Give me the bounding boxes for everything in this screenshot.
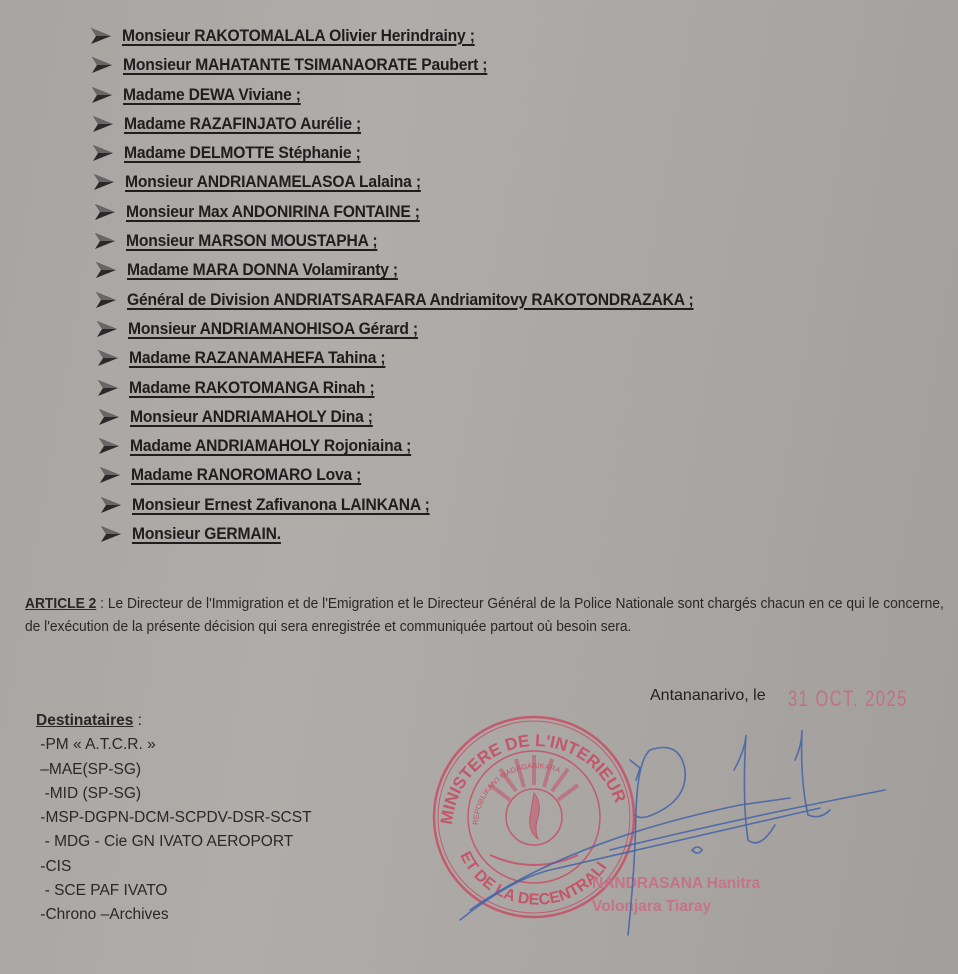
arrow-bullet-icon — [100, 496, 122, 514]
handwritten-signature-icon — [430, 720, 930, 960]
recipient-name: Monsieur Ernest Zafivanona LAINKANA ; — [132, 495, 430, 515]
recipients-list: Monsieur RAKOTOMALALA Olivier Herindrain… — [90, 26, 743, 553]
arrow-bullet-icon — [100, 525, 122, 543]
list-item: Monsieur GERMAIN. — [100, 524, 743, 553]
arrow-bullet-icon — [97, 349, 119, 367]
list-item: Madame RAKOTOMANGA Rinah ; — [97, 378, 743, 407]
arrow-bullet-icon — [94, 232, 116, 250]
list-item: Monsieur ANDRIANAMELASOA Lalaina ; — [93, 172, 743, 201]
arrow-bullet-icon — [91, 56, 113, 74]
list-item: Monsieur MAHATANTE TSIMANAORATE Paubert … — [91, 55, 744, 84]
recipient-name: Général de Division ANDRIATSARAFARA Andr… — [127, 290, 693, 310]
list-item: Monsieur MARSON MOUSTAPHA ; — [94, 231, 743, 260]
place-label: Antananarivo, le — [650, 687, 766, 705]
list-item: Madame DEWA Viviane ; — [91, 85, 743, 114]
recipient-name: Monsieur ANDRIAMAHOLY Dina ; — [130, 407, 373, 427]
arrow-bullet-icon — [94, 203, 116, 221]
article-2-label: ARTICLE 2 — [25, 595, 96, 612]
arrow-bullet-icon — [98, 437, 120, 455]
destinataire-item: -Chrono –Archives — [36, 903, 312, 927]
recipient-name: Monsieur Max ANDONIRINA FONTAINE ; — [126, 202, 420, 222]
list-item: Madame RANOROMARO Lova ; — [99, 465, 743, 494]
arrow-bullet-icon — [92, 144, 114, 162]
destinataire-item: –MAE(SP-SG) — [36, 758, 312, 782]
arrow-bullet-icon — [93, 173, 115, 191]
destinataire-item: - MDG - Cie GN IVATO AEROPORT — [36, 830, 312, 854]
arrow-bullet-icon — [97, 379, 119, 397]
destinataires-title: Destinataires — [36, 712, 133, 729]
destinataire-item: - SCE PAF IVATO — [36, 879, 312, 903]
recipient-name: Madame ANDRIAMAHOLY Rojoniaina ; — [130, 436, 411, 456]
article-2-text: : Le Directeur de l'Immigration et de l'… — [25, 595, 944, 635]
document-page: Monsieur RAKOTOMALALA Olivier Herindrain… — [0, 0, 958, 974]
destinataires-block: Destinataires : -PM « A.T.C.R. » –MAE(SP… — [36, 709, 312, 928]
list-item: Madame MARA DONNA Volamiranty ; — [95, 260, 743, 289]
destinataire-item: -PM « A.T.C.R. » — [36, 733, 312, 757]
list-item: Général de Division ANDRIATSARAFARA Andr… — [95, 290, 743, 319]
arrow-bullet-icon — [95, 291, 117, 309]
arrow-bullet-icon — [96, 320, 118, 338]
recipient-name: Madame RAKOTOMANGA Rinah ; — [129, 378, 374, 398]
recipient-name: Monsieur MAHATANTE TSIMANAORATE Paubert … — [123, 55, 487, 75]
destinataires-colon: : — [133, 712, 142, 729]
list-item: Madame ANDRIAMAHOLY Rojoniaina ; — [98, 436, 743, 465]
list-item: Monsieur Max ANDONIRINA FONTAINE ; — [94, 202, 744, 231]
arrow-bullet-icon — [90, 27, 112, 45]
list-item: Madame RAZAFINJATO Aurélie ; — [92, 114, 743, 143]
arrow-bullet-icon — [95, 261, 117, 279]
article-2: ARTICLE 2 : Le Directeur de l'Immigratio… — [25, 592, 954, 638]
recipient-name: Madame DEWA Viviane ; — [123, 85, 301, 105]
destinataire-item: -CIS — [36, 855, 312, 879]
arrow-bullet-icon — [92, 115, 114, 133]
list-item: Madame RAZANAMAHEFA Tahina ; — [97, 348, 744, 377]
recipient-name: Madame RANOROMARO Lova ; — [131, 465, 361, 485]
list-item: Monsieur ANDRIAMAHOLY Dina ; — [98, 407, 743, 436]
date-stamp: 31 OCT. 2025 — [788, 686, 908, 712]
recipient-name: Monsieur GERMAIN. — [132, 524, 281, 544]
recipient-name: Monsieur RAKOTOMALALA Olivier Herindrain… — [122, 26, 475, 46]
destinataires-list: -PM « A.T.C.R. » –MAE(SP-SG) -MID (SP-SG… — [36, 733, 312, 927]
recipient-name: Madame RAZAFINJATO Aurélie ; — [124, 114, 361, 134]
arrow-bullet-icon — [91, 86, 113, 104]
list-item: Monsieur Ernest Zafivanona LAINKANA ; — [100, 495, 744, 524]
recipient-name: Madame RAZANAMAHEFA Tahina ; — [129, 348, 385, 368]
arrow-bullet-icon — [98, 408, 120, 426]
list-item: Monsieur ANDRIAMANOHISOA Gérard ; — [96, 319, 743, 348]
recipient-name: Monsieur MARSON MOUSTAPHA ; — [126, 231, 377, 251]
list-item: Monsieur RAKOTOMALALA Olivier Herindrain… — [90, 26, 743, 55]
recipient-name: Monsieur ANDRIAMANOHISOA Gérard ; — [128, 319, 418, 339]
destinataire-item: -MSP-DGPN-DCM-SCPDV-DSR-SCST — [36, 806, 312, 830]
arrow-bullet-icon — [99, 466, 121, 484]
destinataire-item: -MID (SP-SG) — [36, 782, 312, 806]
recipient-name: Madame DELMOTTE Stéphanie ; — [124, 143, 361, 163]
recipient-name: Monsieur ANDRIANAMELASOA Lalaina ; — [125, 172, 421, 192]
recipient-name: Madame MARA DONNA Volamiranty ; — [127, 260, 398, 280]
list-item: Madame DELMOTTE Stéphanie ; — [92, 143, 743, 172]
